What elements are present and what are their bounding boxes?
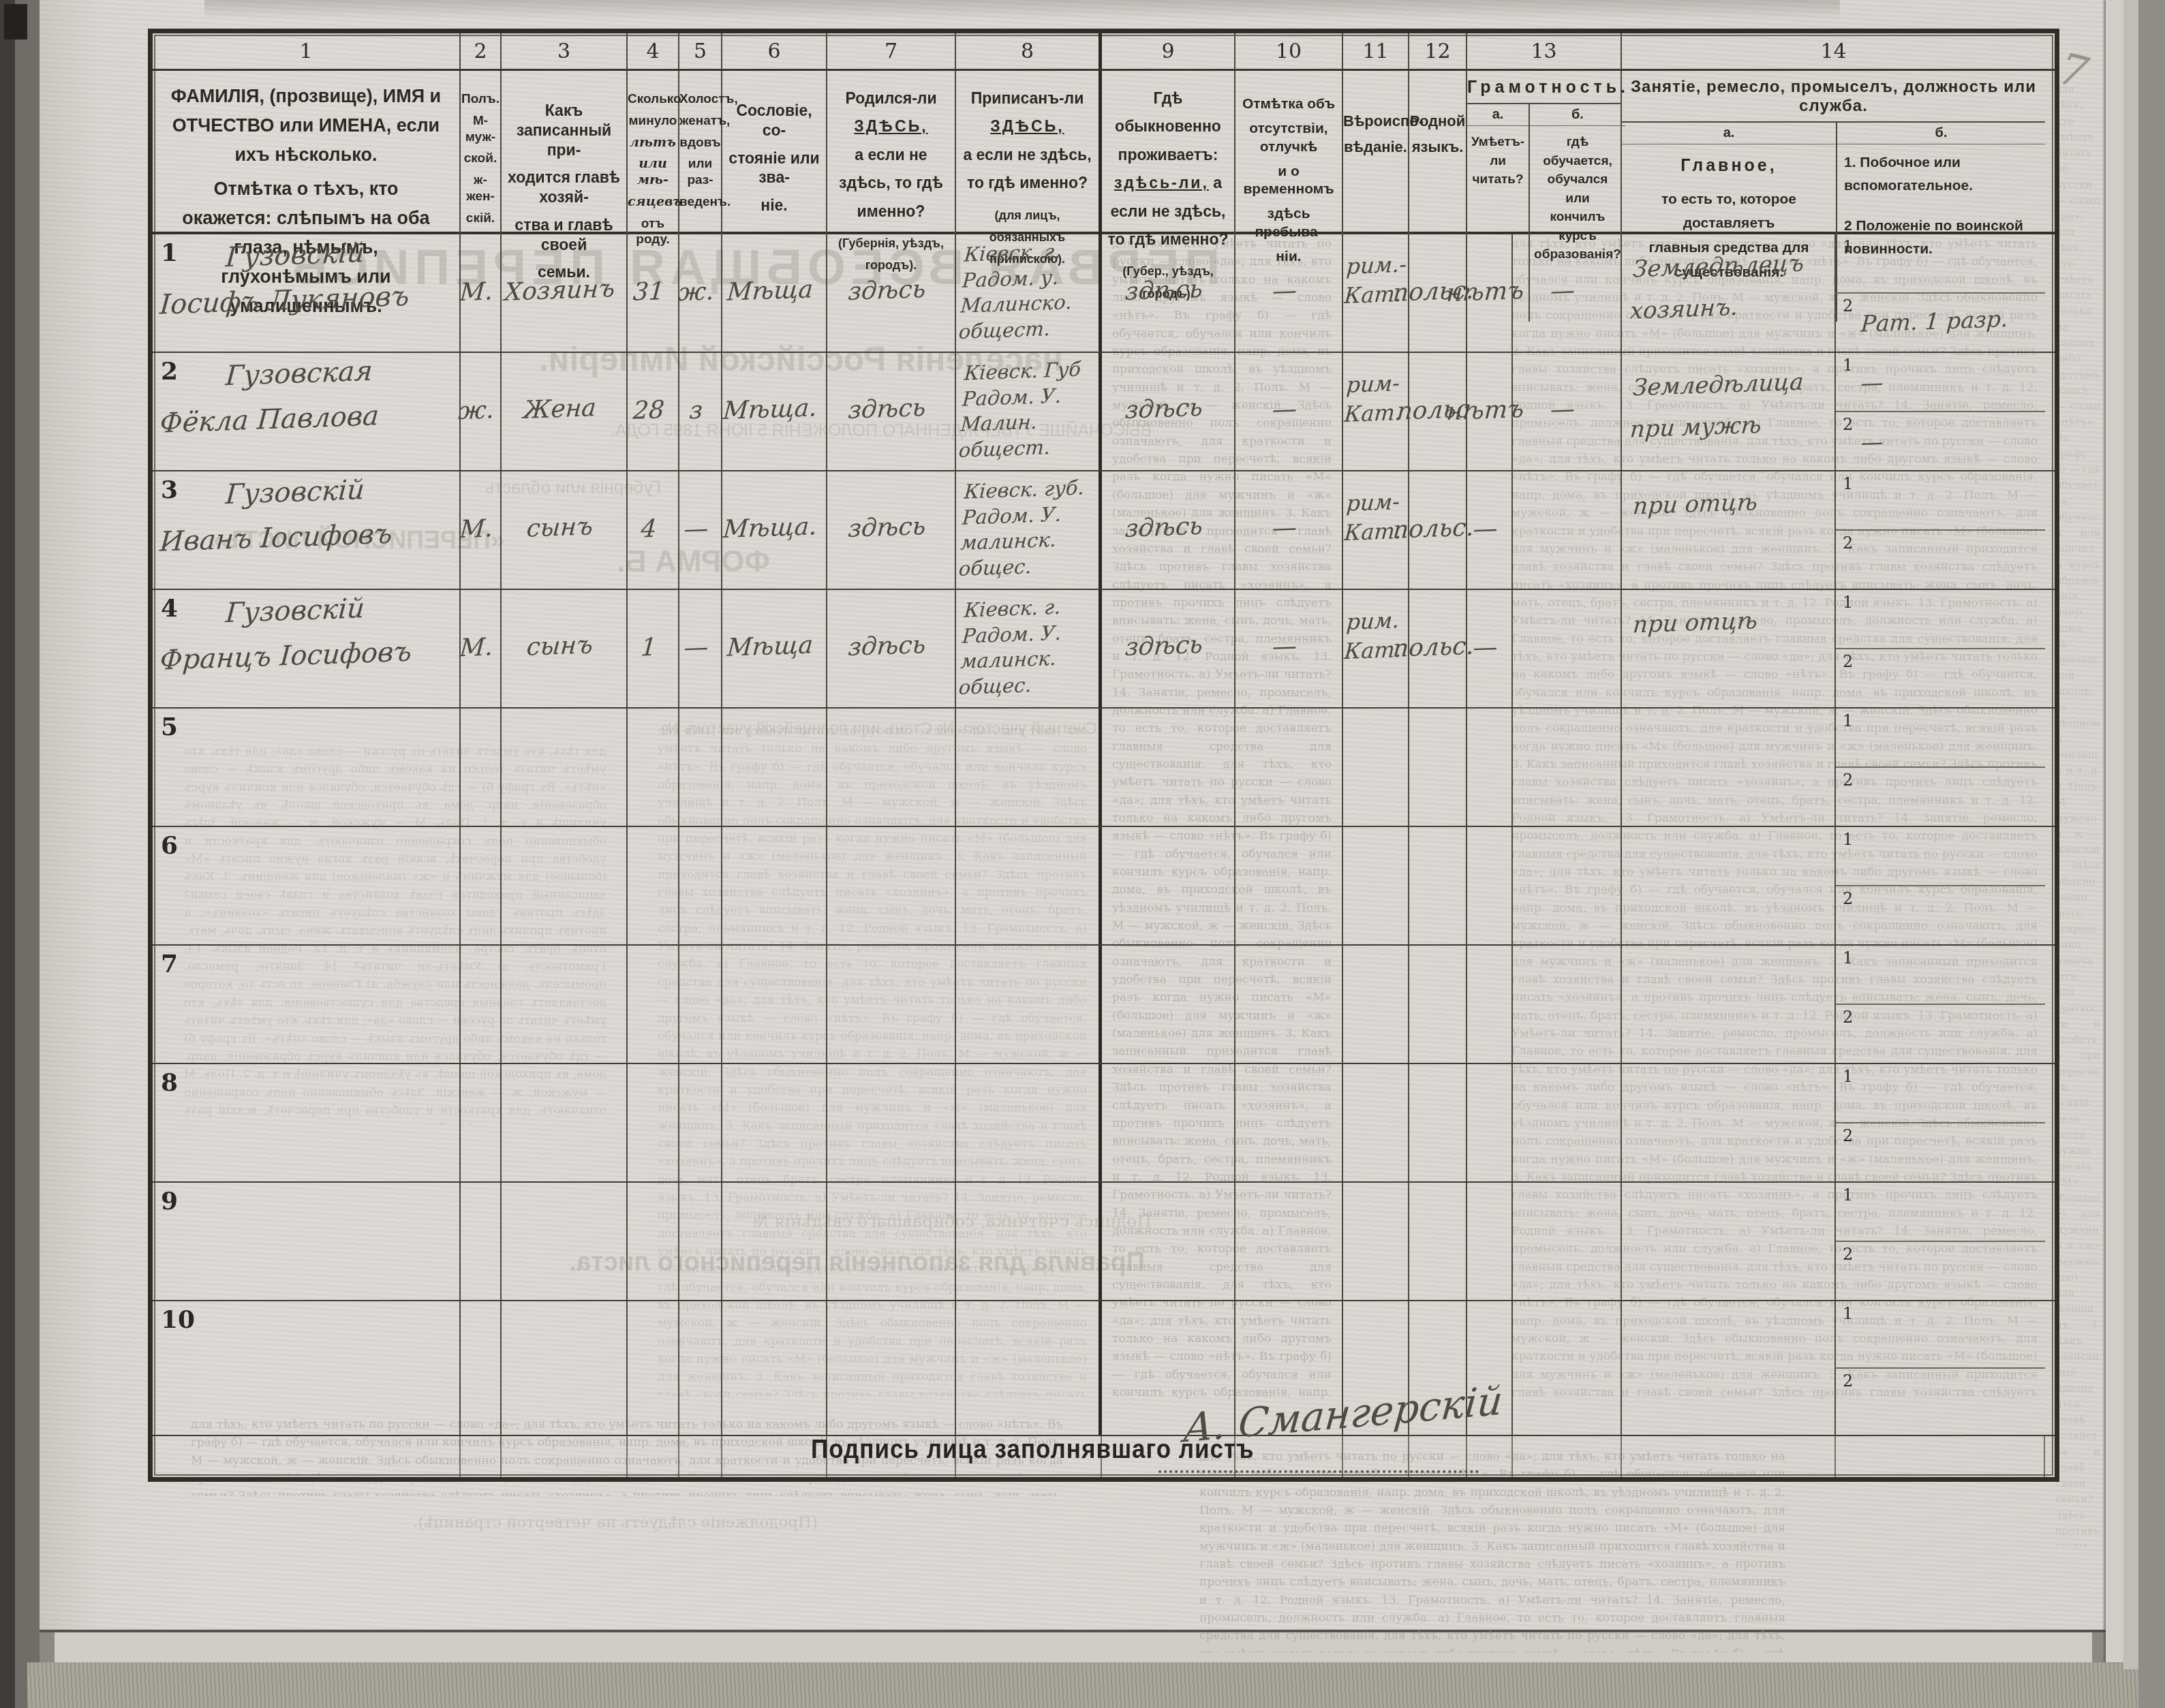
cell-reads: — (1467, 590, 1513, 707)
cell-reads: — (1467, 471, 1513, 589)
cell-lang (1409, 946, 1467, 1063)
table-row-5: 512 (153, 709, 2055, 827)
handwritten-language: польс. (1401, 588, 1466, 707)
cell-res (1102, 946, 1235, 1063)
header-literacy-title: Грамотность. (1467, 71, 1621, 104)
handwritten-absence: — (1227, 350, 1342, 471)
ghost-continuation-line: (Продолженіе слѣдуетъ на четвертой стран… (320, 1514, 818, 1532)
cell-reads (1467, 1183, 1513, 1300)
cell-mar (679, 1064, 722, 1181)
column-number-9: 9 (1102, 33, 1235, 69)
subrow-printed-label: 1 (1843, 474, 1853, 493)
table-row-10: 1012 (153, 1301, 2055, 1436)
handwritten-estate: Мѣща. (714, 350, 826, 471)
cell-faith (1343, 827, 1409, 944)
cell-reg: Кіевск. г.Радом. у.Малинско.общест. (956, 234, 1102, 352)
column-number-row: 1234567891011121314 (153, 33, 2055, 71)
handwritten-sex: М. (452, 233, 500, 352)
cell-sub: 12 (1836, 590, 2045, 707)
military-subrow-1: 1 (1836, 1301, 2045, 1369)
cell-abs (1235, 827, 1343, 944)
cell-sub: 12 (1836, 827, 2045, 944)
handwritten-marital: ж. (671, 233, 721, 352)
cell-rel (502, 946, 628, 1063)
census-sheet-scan: ПЕРВАЯ ВСЕОБЩАЯ ПЕРЕПИСЬ населенія Россі… (0, 0, 2165, 1708)
cell-name: 1ГузовскійІосифъ Лукяновъ (153, 234, 461, 352)
cell-reads (1467, 946, 1513, 1063)
handwritten-sex: М. (452, 589, 500, 708)
cell-edu (1513, 1301, 1622, 1435)
subrow-printed-label: 1 (1843, 711, 1853, 730)
cell-occ (1622, 1183, 1836, 1300)
cell-abs: — (1235, 590, 1343, 707)
cell-reads (1467, 709, 1513, 826)
cell-est (722, 827, 827, 944)
cell-occ (1622, 827, 1836, 944)
cell-est (722, 1064, 827, 1181)
cell-occ: при отцѣ (1622, 590, 1836, 707)
cell-name: 9 (153, 1183, 461, 1300)
cell-born (827, 1064, 956, 1181)
cell-sub: 12 (1836, 1301, 2045, 1435)
handwritten-absence: — (1227, 231, 1342, 352)
cell-reg (956, 1183, 1102, 1300)
military-subrow-2: 2 (1836, 886, 2045, 944)
cell-est (722, 1301, 827, 1435)
handwritten-education: — (1505, 230, 1621, 352)
cell-est (722, 946, 827, 1063)
cell-age (628, 1064, 679, 1181)
row-number: 7 (161, 950, 178, 978)
cell-est: Мѣща. (722, 471, 827, 589)
handwritten-registered: Кіевск. ГубРадом. У.Малин.общест. (949, 348, 1099, 465)
cell-rel (502, 1301, 628, 1435)
cell-name: 6 (153, 827, 461, 944)
handwritten-marital: — (671, 589, 721, 708)
table-body: 1ГузовскійІосифъ ЛукяновъМ.Хозяинъ31ж.Мѣ… (153, 234, 2055, 1477)
cell-sub: 12 (1836, 471, 2045, 589)
handwritten-resides: здѣсь (1094, 585, 1234, 707)
paper-wrinkle (204, 0, 1840, 25)
cell-reg (956, 827, 1102, 944)
cell-reg (956, 709, 1102, 826)
handwritten-occupation: Земледѣлицапри мужѣ (1615, 345, 1834, 452)
column-number-3: 3 (502, 33, 628, 69)
cell-res (1102, 827, 1235, 944)
cell-edu: — (1513, 353, 1622, 470)
cell-sub: 12 (1836, 946, 2045, 1063)
handwritten-reads: нѣтъ (1459, 233, 1511, 352)
handwritten-born: здѣсь (819, 348, 955, 470)
scan-corner-mark (4, 4, 27, 40)
military-subrow-1: 1 (1836, 471, 2045, 531)
cell-lang: польс. (1409, 590, 1467, 707)
cell-est (722, 1183, 827, 1300)
subrow-printed-label: 2 (1843, 1245, 1853, 1264)
subrow-printed-label: 1 (1843, 237, 1853, 256)
cell-reads (1467, 1064, 1513, 1181)
handwritten-education: — (1505, 349, 1621, 470)
cell-res (1102, 1183, 1235, 1300)
cell-faith (1343, 709, 1409, 826)
cell-res: здѣсь (1102, 471, 1235, 589)
handwritten-age: 1 (619, 588, 678, 707)
military-subrow-2: 2Рат. 1 разр. (1836, 294, 2045, 352)
handwritten-language: польс. (1401, 469, 1466, 589)
cell-occ (1622, 1064, 1836, 1181)
cell-name: 4ГузовскійФранцъ Іосифовъ (153, 590, 461, 707)
row-number: 6 (161, 831, 178, 860)
handwritten-age: 4 (619, 469, 678, 589)
cell-born (827, 946, 956, 1063)
cell-edu (1513, 1183, 1622, 1300)
cell-mar (679, 827, 722, 944)
cell-age (628, 1183, 679, 1300)
cell-born: здѣсь (827, 353, 956, 470)
cell-res (1102, 1064, 1235, 1181)
subrow-printed-label: 2 (1843, 533, 1853, 553)
cell-sex (461, 709, 502, 826)
cell-sex (461, 1064, 502, 1181)
cell-age (628, 827, 679, 944)
subrow-printed-label: 1 (1843, 830, 1853, 849)
handwritten-reads: нѣтъ (1459, 352, 1511, 471)
handwritten-born: здѣсь (819, 467, 955, 589)
handwritten-registered: Кіевск. губ.Радом. У.малинск.общес. (949, 467, 1099, 583)
table-row-9: 912 (153, 1183, 2055, 1301)
row-number: 8 (161, 1068, 178, 1097)
cell-edu (1513, 709, 1622, 826)
subrow-printed-label: 2 (1843, 889, 1853, 908)
handwritten-resides: здѣсь (1094, 467, 1234, 589)
cell-occ: при отцѣ (1622, 471, 1836, 589)
column-header-row: ФАМИЛІЯ, (прозвище), ИМЯ и ОТЧЕСТВО или … (153, 71, 2055, 234)
cell-mar (679, 709, 722, 826)
column-number-10: 10 (1235, 33, 1343, 69)
cell-abs: — (1235, 234, 1343, 352)
military-subrow-2: 2 (1836, 1242, 2045, 1300)
book-spine-edge (0, 0, 15, 1708)
cell-reg: Кіевск. г.Радом. У.малинск.общес. (956, 590, 1102, 707)
cell-lang (1409, 1183, 1467, 1300)
cell-sex (461, 827, 502, 944)
cell-sex (461, 946, 502, 1063)
cell-faith (1343, 1183, 1409, 1300)
handwritten-marital: — (671, 470, 721, 589)
handwritten-estate: Мѣща. (714, 468, 826, 589)
cell-occ: Земледѣлецъхозяинъ. (1622, 234, 1836, 352)
cell-born (827, 1301, 956, 1435)
cell-born: здѣсь (827, 590, 956, 707)
cell-mar (679, 946, 722, 1063)
cell-res: здѣсь (1102, 353, 1235, 470)
book-spine-shadow (15, 0, 40, 1708)
military-subrow-1: 1 (1836, 827, 2045, 886)
military-subrow-2: 2 (1836, 768, 2045, 826)
page-stack-edge-3 (2138, 0, 2165, 1708)
cell-name: 2ГузовскаяФёкла Павлова (153, 353, 461, 470)
cell-reg (956, 946, 1102, 1063)
subrow-printed-label: 1 (1843, 1067, 1853, 1086)
cell-sub: 12 (1836, 1183, 2045, 1300)
military-subrow-2: 2 (1836, 531, 2045, 589)
handwritten-absence: — (1227, 587, 1342, 708)
handwritten-sex: М. (452, 470, 500, 589)
handwritten-occupation: Земледѣлецъхозяинъ. (1615, 227, 1834, 333)
subrow-printed-label: 1 (1843, 593, 1853, 612)
cell-sex (461, 1301, 502, 1435)
military-subrow-2: 2 (1836, 1005, 2045, 1063)
handwritten-reads: — (1459, 589, 1511, 708)
cell-edu (1513, 471, 1622, 589)
cell-lang (1409, 709, 1467, 826)
handwritten-reads: — (1459, 470, 1511, 589)
cell-abs (1235, 709, 1343, 826)
handwritten-occupation: при отцѣ (1618, 464, 1834, 528)
cell-age (628, 709, 679, 826)
cell-name: 8 (153, 1064, 461, 1181)
cell-abs (1235, 1183, 1343, 1300)
cell-reads (1467, 827, 1513, 944)
handwritten-registered: Кіевск. г.Радом. у.Малинско.общест. (949, 230, 1099, 346)
column-number-5: 5 (679, 33, 722, 69)
header-name-line1: ФАМИЛІЯ, (прозвище), ИМЯ и ОТЧЕСТВО или … (170, 82, 442, 170)
table-row-2: 2ГузовскаяФёкла Павловаж.Жена28зМѣща.здѣ… (153, 353, 2055, 471)
military-subrow-1: 1 (1836, 590, 2045, 649)
handwritten-relation: Жена (493, 349, 626, 471)
handwritten-born: здѣсь (819, 585, 955, 707)
cell-age: 31 (628, 234, 679, 352)
subrow-printed-label: 2 (1843, 652, 1853, 671)
cell-faith (1343, 1064, 1409, 1181)
cell-born: здѣсь (827, 234, 956, 352)
cell-rel (502, 709, 628, 826)
handwritten-occupation: при отцѣ (1618, 583, 1834, 647)
table-row-6: 612 (153, 827, 2055, 946)
military-subrow-1: 1 (1836, 709, 2045, 768)
cell-res: здѣсь (1102, 590, 1235, 707)
subrow-printed-label: 1 (1843, 948, 1853, 967)
handwritten-born: здѣсь (819, 230, 955, 352)
cell-name: 5 (153, 709, 461, 826)
cell-rel (502, 1064, 628, 1181)
cell-reg: Кіевск. ГубРадом. У.Малин.общест. (956, 353, 1102, 470)
handwritten-registered: Кіевск. г.Радом. У.малинск.общес. (949, 585, 1099, 702)
subrow-printed-label: 2 (1843, 771, 1853, 790)
cell-name: 7 (153, 946, 461, 1063)
column-number-11: 11 (1343, 33, 1409, 69)
cell-abs (1235, 1064, 1343, 1181)
cell-occ: Земледѣлицапри мужѣ (1622, 353, 1836, 470)
cell-sex (461, 1183, 502, 1300)
handwritten-age: 31 (619, 232, 678, 352)
handwritten-resides: здѣсь (1094, 348, 1234, 470)
column-number-12: 12 (1409, 33, 1467, 69)
cell-edu (1513, 590, 1622, 707)
cell-sub: 12 (1836, 709, 2045, 826)
handwritten-marital: з (671, 352, 721, 471)
cell-rel: сынъ (502, 471, 628, 589)
cell-edu (1513, 946, 1622, 1063)
military-subrow-1: 1 (1836, 946, 2045, 1005)
handwritten-absence: — (1227, 468, 1342, 589)
cell-rel: Жена (502, 353, 628, 470)
cell-occ (1622, 946, 1836, 1063)
table-row-7: 712 (153, 946, 2055, 1064)
row-number: 9 (161, 1187, 178, 1215)
cell-rel (502, 1183, 628, 1300)
military-subrow-2: 2— (1836, 412, 2045, 470)
subrow-printed-label: 1 (1843, 1304, 1853, 1323)
military-subrow-1: 1— (1836, 353, 2045, 412)
table-row-1: 1ГузовскійІосифъ ЛукяновъМ.Хозяинъ31ж.Мѣ… (153, 234, 2055, 353)
subrow-printed-label: 2 (1843, 1371, 1853, 1391)
cell-born: здѣсь (827, 471, 956, 589)
cell-est (722, 709, 827, 826)
cell-sub: 1—2— (1836, 353, 2045, 470)
column-number-8: 8 (956, 33, 1102, 69)
column-number-7: 7 (827, 33, 956, 69)
row-number: 5 (161, 713, 178, 741)
cell-lang (1409, 1064, 1467, 1181)
handwritten-sex: ж. (452, 352, 500, 471)
page-stack-edge-1 (2106, 0, 2123, 1662)
cell-sub: 12Рат. 1 разр. (1836, 234, 2045, 352)
handwritten-relation: сынъ (493, 586, 626, 708)
table-row-3: 3ГузовскійИванъ ІосифовъМ.сынъ4—Мѣща.здѣ… (153, 471, 2055, 590)
handwritten-age: 28 (619, 351, 678, 470)
column-number-2: 2 (461, 33, 502, 69)
handwritten-estate: Мѣща (714, 231, 826, 352)
cell-est: Мѣща (722, 234, 827, 352)
cell-abs (1235, 946, 1343, 1063)
cell-lang (1409, 827, 1467, 944)
page-stack-edge-2 (2123, 0, 2138, 1669)
column-number-14: 14 (1622, 33, 2045, 69)
military-subrow-1: 1 (1836, 1064, 2045, 1123)
column-number-6: 6 (722, 33, 827, 69)
underlying-page-edge (55, 1632, 2092, 1662)
cell-edu: — (1513, 234, 1622, 352)
ghost-right-sliver: для тѣхъ, кто умѣетъ читать по русски — … (2055, 82, 2100, 1547)
cell-age (628, 946, 679, 1063)
column-number-13: 13 (1467, 33, 1622, 69)
military-subrow-2: 2 (1836, 649, 2045, 707)
column-number-4: 4 (628, 33, 679, 69)
cell-reg (956, 1064, 1102, 1181)
cell-reg (956, 1301, 1102, 1435)
military-subrow-1: 1 (1836, 234, 2045, 294)
cell-age: 28 (628, 353, 679, 470)
cell-edu (1513, 827, 1622, 944)
cell-age (628, 1301, 679, 1435)
cell-res (1102, 709, 1235, 826)
handwritten-relation: Хозяинъ (493, 230, 626, 352)
cell-abs: — (1235, 353, 1343, 470)
book-cover-backing (27, 1662, 2165, 1708)
cell-name: 3ГузовскійИванъ Іосифовъ (153, 471, 461, 589)
cell-occ (1622, 1301, 1836, 1435)
subrow-printed-label: 2 (1843, 1008, 1853, 1027)
census-table: 1234567891011121314 ФАМИЛІЯ, (прозвище),… (148, 29, 2059, 1482)
cell-edu (1513, 1064, 1622, 1181)
military-subrow-1: 1 (1836, 1183, 2045, 1242)
handwritten-resides: здѣсь (1094, 230, 1234, 352)
cell-reg: Кіевск. губ.Радом. У.малинск.общес. (956, 471, 1102, 589)
cell-faith (1343, 946, 1409, 1063)
row-number: 10 (161, 1305, 195, 1334)
cell-rel: Хозяинъ (502, 234, 628, 352)
handwritten-estate: Мѣща (714, 587, 826, 708)
header-occupation-title: Занятіе, ремесло, промыселъ, должность и… (1622, 71, 2045, 123)
cell-est: Мѣща (722, 590, 827, 707)
subrow-printed-label: 2 (1843, 1126, 1853, 1145)
cell-born (827, 1183, 956, 1300)
table-row-8: 812 (153, 1064, 2055, 1183)
cell-mar (679, 1301, 722, 1435)
cell-lang: польс. (1409, 471, 1467, 589)
table-row-4: 4ГузовскійФранцъ ІосифовъМ.сынъ1—Мѣщаздѣ… (153, 590, 2055, 709)
cell-occ (1622, 709, 1836, 826)
column-number-1: 1 (153, 33, 461, 69)
military-subrow-2: 2 (1836, 1369, 2045, 1435)
cell-age: 4 (628, 471, 679, 589)
military-subrow-2: 2 (1836, 1123, 2045, 1181)
cell-age: 1 (628, 590, 679, 707)
cell-born (827, 709, 956, 826)
subrow-printed-label: 1 (1843, 1185, 1853, 1205)
cell-rel: сынъ (502, 590, 628, 707)
cell-born (827, 827, 956, 944)
cell-res: здѣсь (1102, 234, 1235, 352)
cell-sub: 12 (1836, 1064, 2045, 1181)
cell-est: Мѣща. (722, 353, 827, 470)
cell-mar (679, 1183, 722, 1300)
cell-rel (502, 827, 628, 944)
cell-name: 10 (153, 1301, 461, 1435)
cell-abs: — (1235, 471, 1343, 589)
handwritten-relation: сынъ (493, 467, 626, 589)
